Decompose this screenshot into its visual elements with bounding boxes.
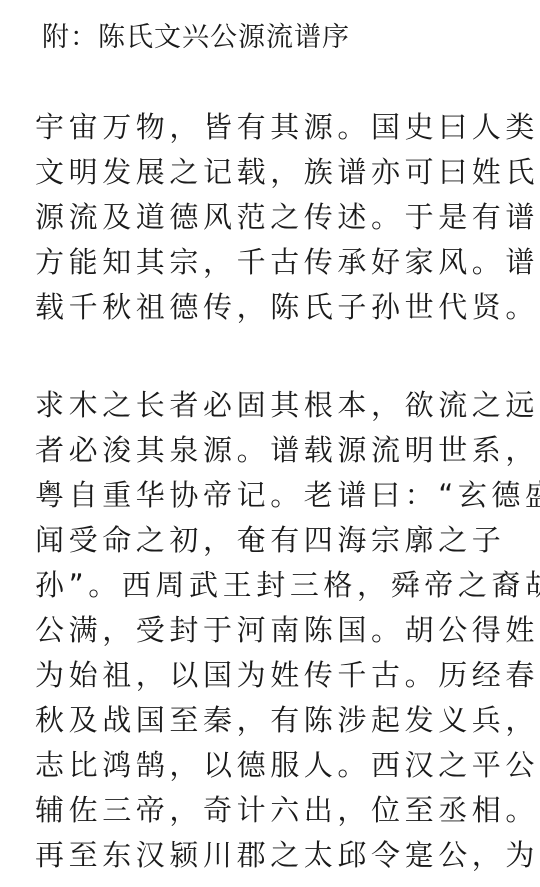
text-line: 闻受命之初，奄有四海宗廓之子 <box>35 518 511 563</box>
text-line: 文明发展之记载，族谱亦可曰姓氏 <box>35 150 511 195</box>
text-line: 者必浚其泉源。谱载源流明世系， <box>35 428 511 473</box>
text-line: 为始祖，以国为姓传千古。历经春 <box>35 653 511 698</box>
text-line: 孙”。西周武王封三格，舜帝之裔胡 <box>35 563 511 608</box>
text-line: 粤自重华协帝记。老谱曰：“玄德盛 <box>35 473 511 518</box>
text-line: 宇宙万物，皆有其源。国史曰人类 <box>35 105 511 150</box>
text-line: 志比鸿鹄，以德服人。西汉之平公 <box>35 743 511 788</box>
text-line: 再至东汉颍川郡之太邱令寔公，为 <box>35 833 511 878</box>
text-line: 载千秋祖德传，陈氏子孙世代贤。 <box>35 285 511 330</box>
text-line: 源流及道德风范之传述。于是有谱 <box>35 195 511 240</box>
document-title: 附：陈氏文兴公源流谱序 <box>42 19 350 57</box>
text-line: 辅佐三帝，奇计六出，位至丞相。 <box>35 788 511 833</box>
text-line: 方能知其宗，千古传承好家风。谱 <box>35 240 511 285</box>
text-line: 秋及战国至秦，有陈涉起发义兵， <box>35 698 511 743</box>
paragraph-origins: 求木之长者必固其根本，欲流之远 者必浚其泉源。谱载源流明世系， 粤自重华协帝记。… <box>35 383 511 878</box>
text-line: 求木之长者必固其根本，欲流之远 <box>35 383 511 428</box>
paragraph-intro: 宇宙万物，皆有其源。国史曰人类 文明发展之记载，族谱亦可曰姓氏 源流及道德风范之… <box>35 105 511 330</box>
text-line: 公满，受封于河南陈国。胡公得姓 <box>35 608 511 653</box>
